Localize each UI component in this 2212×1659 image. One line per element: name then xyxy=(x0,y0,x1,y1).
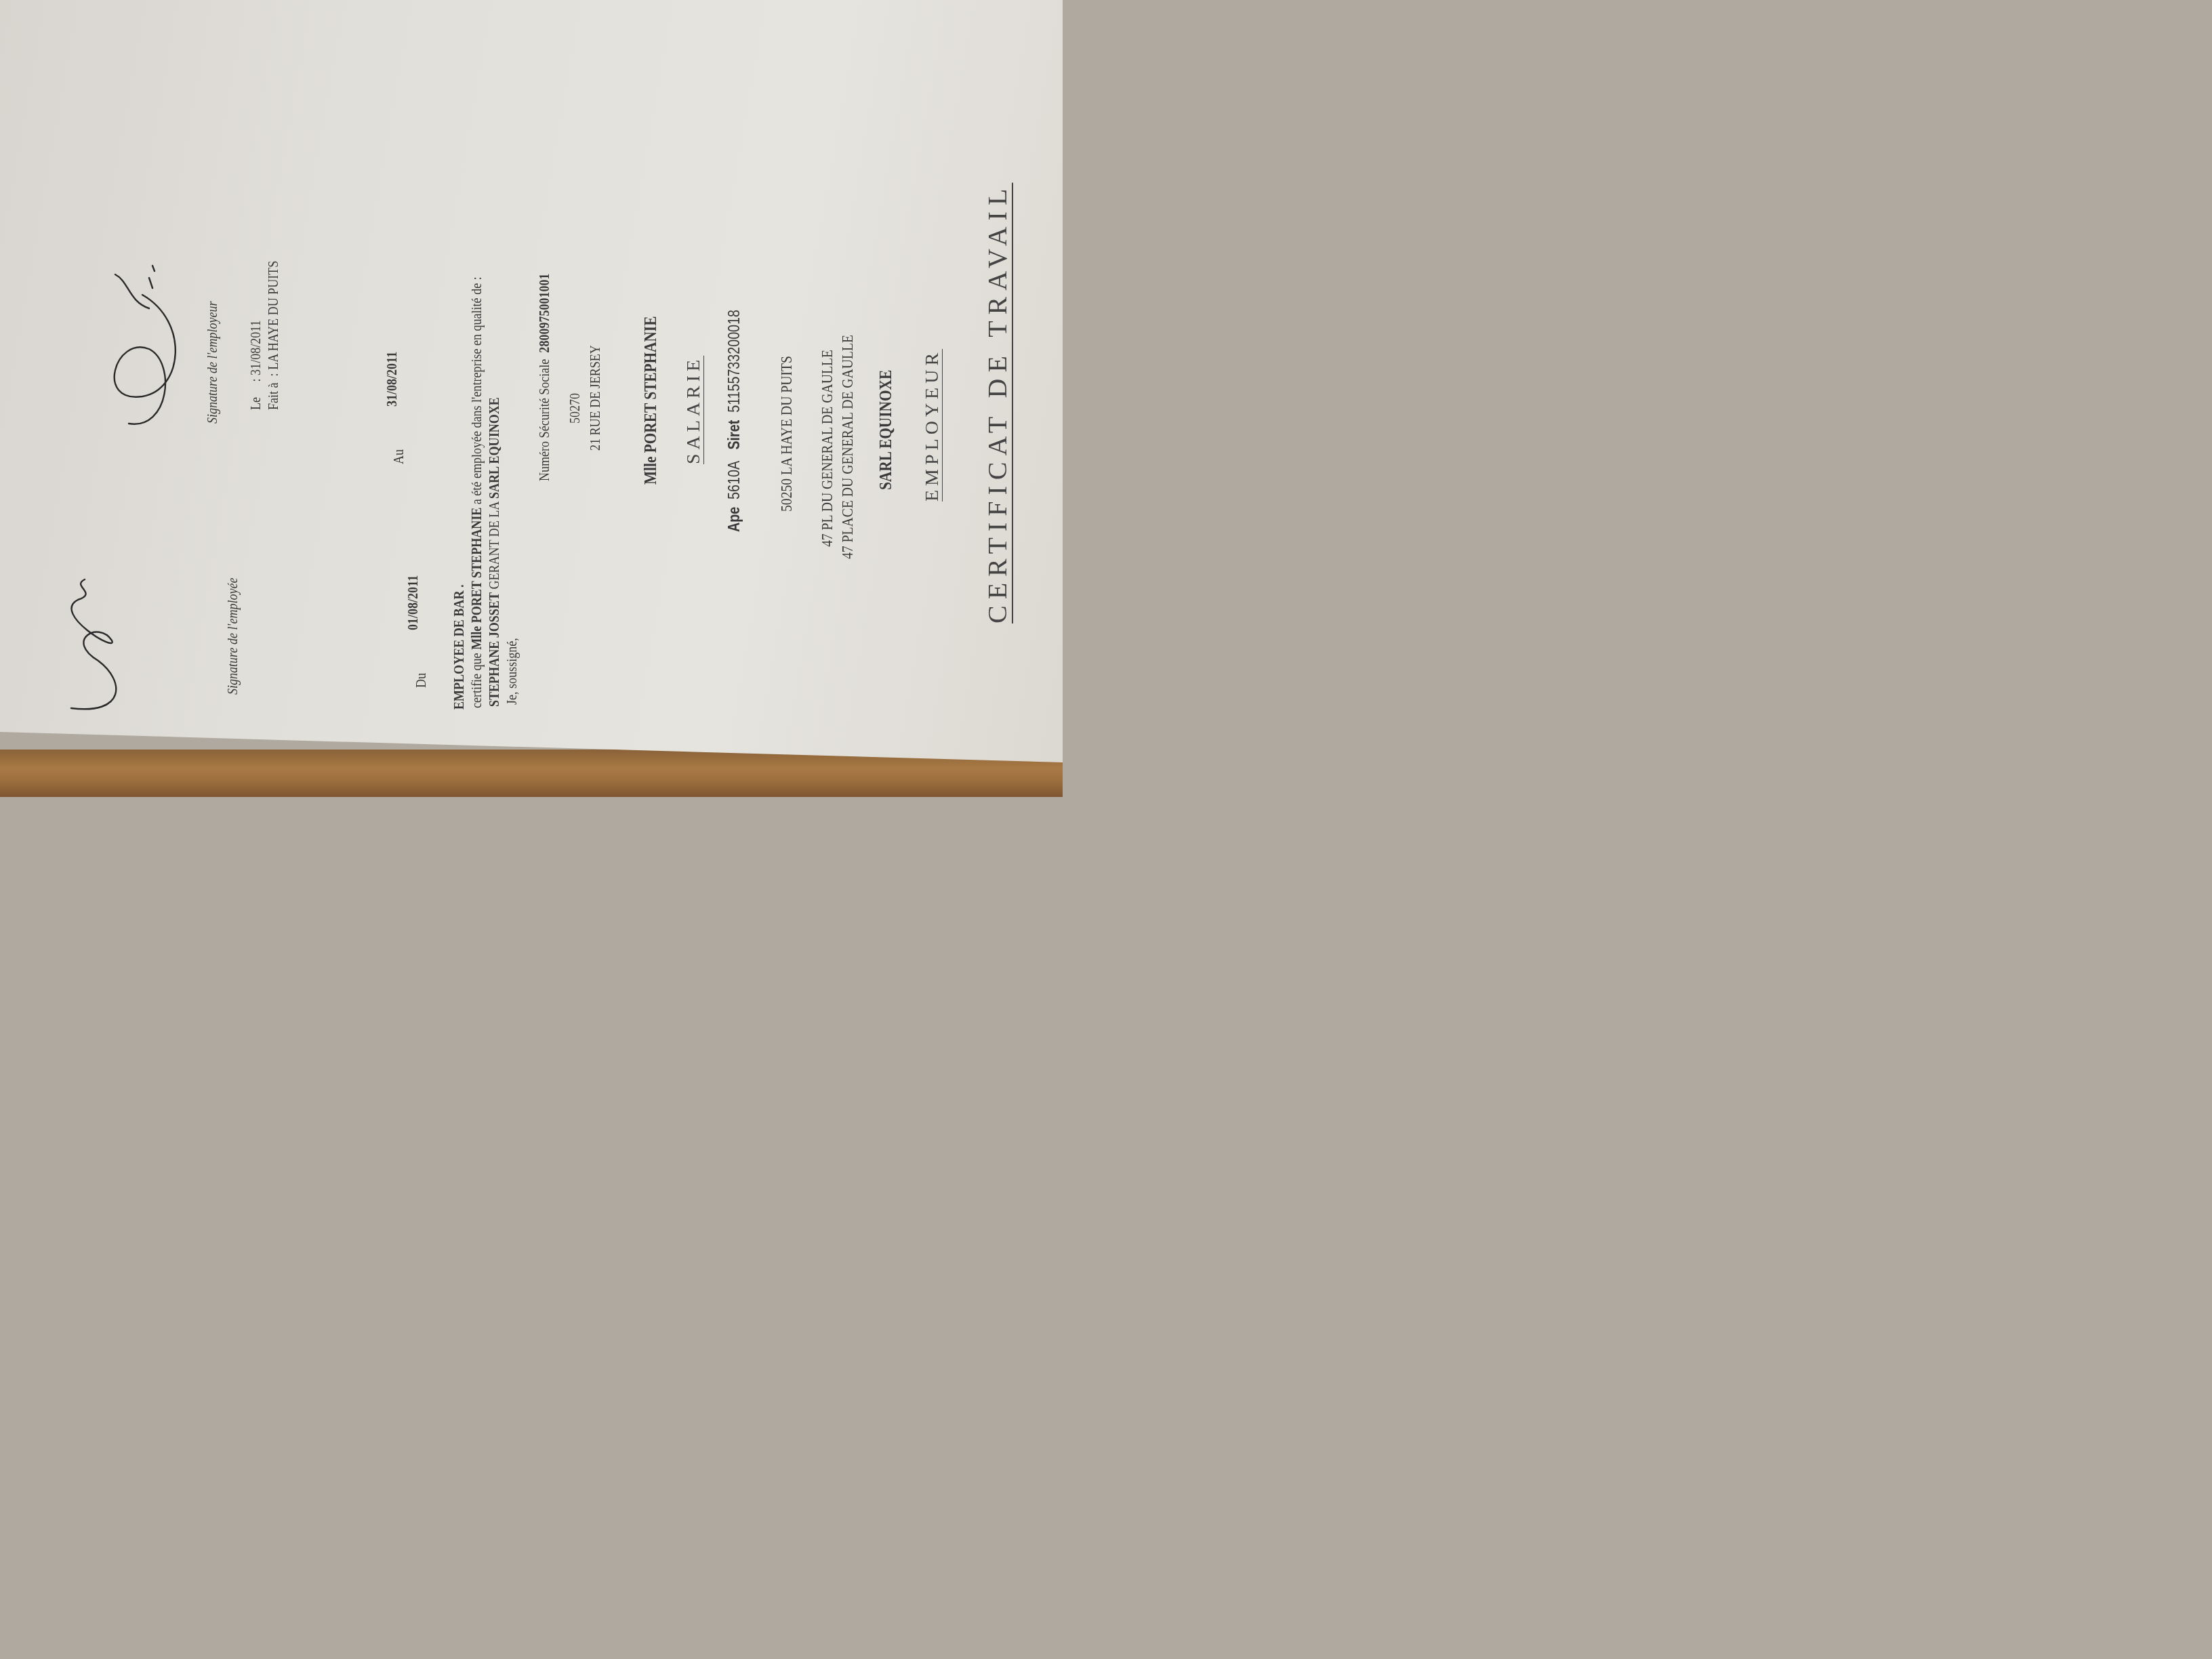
period-from-label: Du xyxy=(412,673,430,688)
employer-signature xyxy=(88,254,197,444)
job-title-line: EMPLOYEE DE BAR . xyxy=(450,585,468,710)
employee-postal-code: 50270 xyxy=(566,393,583,424)
employer-address-line1: 47 PLACE DU GENERAL DE GAULLE xyxy=(839,335,857,559)
certify-line: certifie que Mlle PORET STEPHANIE a été … xyxy=(468,276,485,708)
employee-signature-label: Signature de l'employée xyxy=(224,577,241,695)
signer-role: GERANT DE LA xyxy=(485,502,502,590)
period-from-date: 01/08/2011 xyxy=(404,575,422,630)
intro-line: Je, soussigné, xyxy=(503,638,520,705)
signer-name: STEPHANE JOSSET xyxy=(485,592,502,707)
document-title: CERTIFICAT DE TRAVAIL xyxy=(981,183,1013,623)
ape-label: Ape xyxy=(725,507,743,532)
employee-address: 21 RUE DE JERSEY xyxy=(586,345,604,451)
employed-text: a été employée dans l'entreprise en qual… xyxy=(468,276,485,504)
job-title: EMPLOYEE DE BAR xyxy=(450,591,467,710)
period-to-date: 31/08/2011 xyxy=(383,352,401,407)
employer-address-line2: 47 PL DU GENERAL DE GAULLE xyxy=(819,350,837,547)
made-on-label: Le xyxy=(247,397,264,410)
employee-title: Mlle xyxy=(640,457,660,485)
made-on-date: Le : 31/08/2011 xyxy=(247,320,264,410)
made-at-value: : LA HAYE DU PUITS xyxy=(264,261,281,377)
ssn-label: Numéro Sécurité Sociale xyxy=(535,359,552,481)
paper-sheet: CERTIFICAT DE TRAVAIL EMPLOYEUR SARL EQU… xyxy=(0,0,1063,762)
employer-section-heading: EMPLOYEUR xyxy=(922,349,943,501)
certificate-page: CERTIFICAT DE TRAVAIL EMPLOYEUR SARL EQU… xyxy=(0,0,1063,762)
period-to-label: Au xyxy=(390,449,407,464)
employee-name: Mlle PORET STEPHANIE xyxy=(640,316,661,485)
siret-value: 51155733200018 xyxy=(725,310,743,413)
signer-line: STEPHANE JOSSET GERANT DE LA SARL EQUINO… xyxy=(485,397,503,707)
body-employee-title: Mlle xyxy=(468,626,485,650)
body-employee-name: PORET STEPHANIE xyxy=(468,508,485,623)
employer-city: 50250 LA HAYE DU PUITS xyxy=(778,356,796,512)
employee-full-name: PORET STEPHANIE xyxy=(640,316,660,453)
made-at-place: Fait à : LA HAYE DU PUITS xyxy=(264,261,282,410)
ape-value: 5610A xyxy=(725,461,743,499)
employee-signature xyxy=(24,559,132,722)
made-on-value: : 31/08/2011 xyxy=(247,320,264,382)
employee-section-heading: SALARIE xyxy=(683,356,705,464)
employer-signature-label: Signature de l'employeur xyxy=(203,301,221,424)
ssn-value: 2800975001001 xyxy=(535,273,552,352)
made-at-label: Fait à xyxy=(264,382,281,410)
siret-label: Siret xyxy=(725,420,743,450)
certify-prefix: certifie que xyxy=(468,653,485,708)
employer-name: SARL EQUINOXE xyxy=(876,370,896,490)
employer-ids: Ape 5610A Siret 51155733200018 xyxy=(725,310,744,532)
ssn-line: Numéro Sécurité Sociale 2800975001001 xyxy=(535,273,553,481)
signer-company: SARL EQUINOXE xyxy=(485,397,502,499)
